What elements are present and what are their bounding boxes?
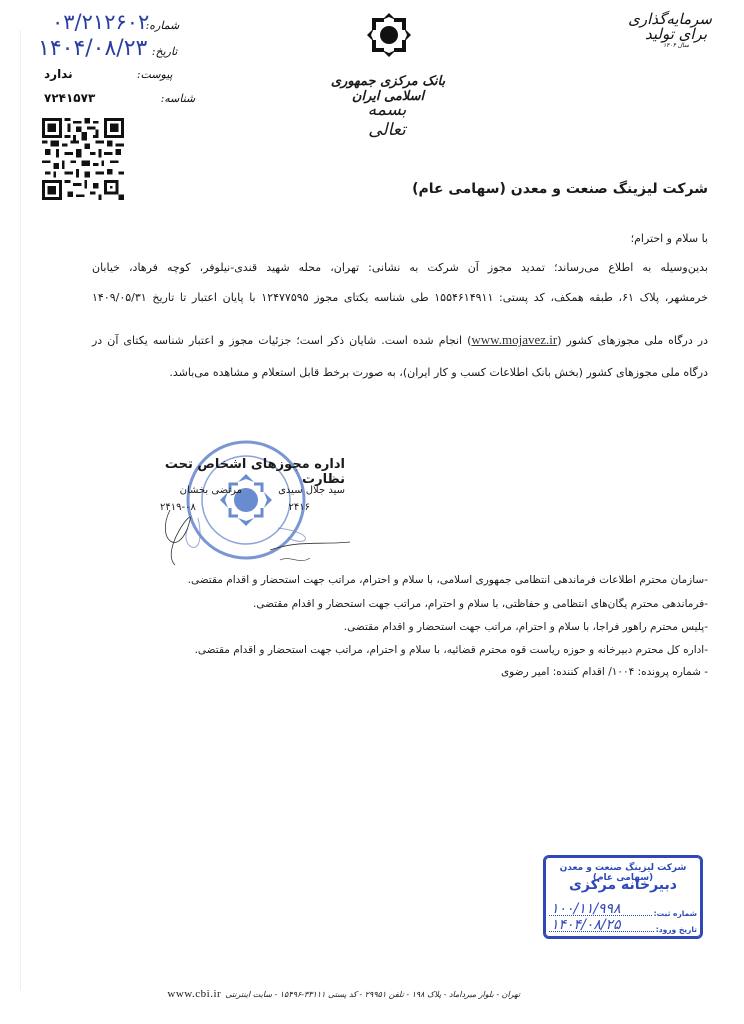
attachment-row: پیوست: ندارد — [44, 67, 173, 81]
registry-date-value: ۱۴۰۴/۰۸/۲۵ — [551, 917, 621, 933]
id-value: ۷۲۴۱۵۷۳ — [44, 91, 95, 105]
footer-website-link[interactable]: www.cbi.ir — [167, 988, 221, 1000]
registry-number-value: ۱۰۰/۱۱/۹۹۸ — [551, 901, 621, 917]
letter-date-value: ۱۴۰۴/۰۸/۲۳ — [38, 36, 147, 61]
footer-address: تهران - بلوار میرداماد - پلاک ۱۹۸ - تلفن… — [225, 990, 520, 999]
mojavez-link[interactable]: www.mojavez.ir — [471, 332, 557, 347]
body-line-2: خرمشهر، پلاک ۶۱، طبقه همکف، کد پستی: ۱۵۵… — [92, 291, 708, 304]
body-line-3-start: در درگاه ملی مجوزهای کشور ( — [557, 334, 708, 347]
signer-2-code: ۲۴۱۶ — [250, 502, 310, 513]
basmala: بسمه تعالی — [352, 100, 422, 140]
signer-1-name: سید جلال سیدی — [245, 485, 345, 496]
body-line-3-end: ) انجام شده است. شایان ذکر است؛ جزئیات م… — [92, 334, 471, 347]
cc-line-5-file-number: - شماره پرونده: ۱۰۰۴/ اقدام کننده: امیر … — [501, 666, 708, 678]
signer-1-code: ۲۴۱۹-۰۸ — [160, 502, 220, 513]
slogan-year: سال ۱۴۰۴ — [640, 42, 712, 50]
letter-number-value: ۰۳/۲۱۲۶۰۲ — [52, 10, 149, 34]
central-bank-logo-icon — [366, 12, 412, 58]
cc-line-2: -فرماندهی محترم یگان‌های انتظامی و حفاظت… — [253, 598, 708, 610]
body-line-3: در درگاه ملی مجوزهای کشور (www.mojavez.i… — [92, 332, 708, 348]
registry-number-row: شماره ثبت: ۱۰۰/۱۱/۹۹۸ — [549, 903, 697, 918]
registry-date-label: تاریخ ورود: — [656, 925, 697, 934]
registry-date-row: تاریخ ورود: ۱۴۰۴/۰۸/۲۵ — [549, 919, 697, 934]
id-row: شناسه: ۷۲۴۱۵۷۳ — [44, 91, 195, 105]
qr-code — [41, 118, 125, 200]
year-slogan: سرمایه‌گذاری برای تولید سال ۱۴۰۴ — [640, 12, 712, 50]
cc-line-4: -اداره کل محترم دبیرخانه و حوزه ریاست قو… — [195, 644, 708, 656]
registry-title: دبیرخانه مرکزی — [549, 877, 697, 893]
id-label: شناسه: — [105, 92, 195, 105]
slogan-line-2: برای تولید — [645, 25, 707, 43]
scan-edge — [20, 30, 21, 990]
letterhead-footer: تهران - بلوار میرداماد - پلاک ۱۹۸ - تلفن… — [230, 988, 520, 1000]
letter-number-label: شماره: — [149, 19, 179, 32]
cc-line-3: -پلیس محترم راهور فراجا، با سلام و احترا… — [344, 621, 708, 633]
registry-number-label: شماره ثبت: — [654, 909, 697, 918]
cc-line-1: -سازمان محترم اطلاعات فرماندهی انتظامی ج… — [188, 574, 708, 586]
recipient-company: شرکت لیزینگ صنعت و معدن (سهامی عام) — [412, 181, 708, 197]
body-line-4: درگاه ملی مجوزهای کشور (بخش بانک اطلاعات… — [169, 366, 708, 379]
attachment-value: ندارد — [44, 67, 73, 81]
letter-number-row: شماره: ۰۳/۲۱۲۶۰۲ — [52, 10, 179, 34]
signer-2-name: مرتضی بخشان — [152, 485, 242, 496]
letter-date-row: تاریخ: ۱۴۰۴/۰۸/۲۳ — [38, 36, 177, 61]
body-line-1: بدین‌وسیله به اطلاع می‌رساند؛ تمدید مجوز… — [92, 261, 708, 274]
registry-stamp: شرکت لیزینگ صنعت و معدن (سهامی عام) دبیر… — [543, 855, 703, 939]
greeting: با سلام و احترام؛ — [631, 232, 708, 245]
letter-date-label: تاریخ: — [147, 45, 177, 58]
attachment-label: پیوست: — [83, 68, 173, 81]
department-title: اداره مجوزهای اشخاص تحت نظارت — [150, 457, 345, 487]
